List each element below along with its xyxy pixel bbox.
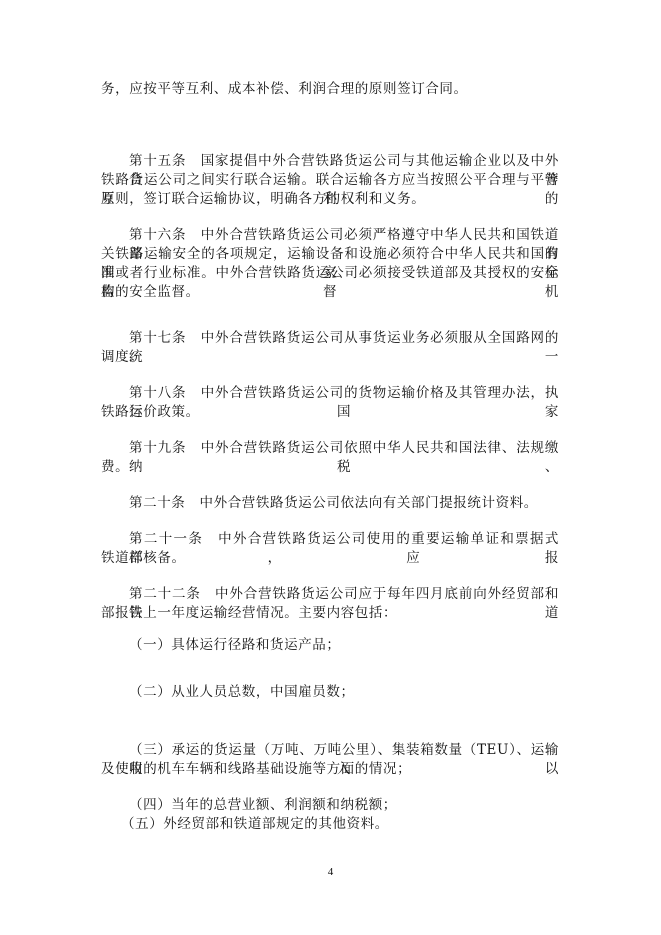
text-line: （一）具体运行径路和货运产品； bbox=[129, 636, 559, 655]
page-number: 4 bbox=[0, 866, 661, 878]
text-line: 及使用的机车车辆和线路基础设施等方面的情况； bbox=[101, 760, 559, 779]
text-line: 铁路运价政策。 bbox=[101, 403, 559, 422]
text-line: （四）当年的总营业额、利润额和纳税额； bbox=[129, 796, 559, 815]
text-line: 原则，签订联合运输协议，明确各方的权利和义务。 bbox=[101, 190, 559, 209]
text-line: 调度。 bbox=[101, 348, 559, 367]
document-page: 务，应按平等互利、成本补偿、利润合理的原则签订合同。第十五条 国家提倡中外合营铁… bbox=[0, 0, 661, 935]
text-line: 构的安全监督。 bbox=[101, 283, 559, 302]
text-line: （五）外经贸部和铁道部规定的其他资料。 bbox=[121, 815, 559, 834]
text-line: 务，应按平等互利、成本补偿、利润合理的原则签订合同。 bbox=[101, 80, 559, 99]
text-line: 部报告上一年度运输经营情况。主要内容包括： bbox=[101, 604, 559, 623]
text-line: 费。 bbox=[101, 458, 559, 477]
text-line: （二）从业人员总数，中国雇员数； bbox=[129, 683, 559, 702]
text-line: 第二十条 中外合营铁路货运公司依法向有关部门提报统计资料。 bbox=[129, 494, 559, 513]
text-line: 铁道部核备。 bbox=[101, 549, 559, 568]
